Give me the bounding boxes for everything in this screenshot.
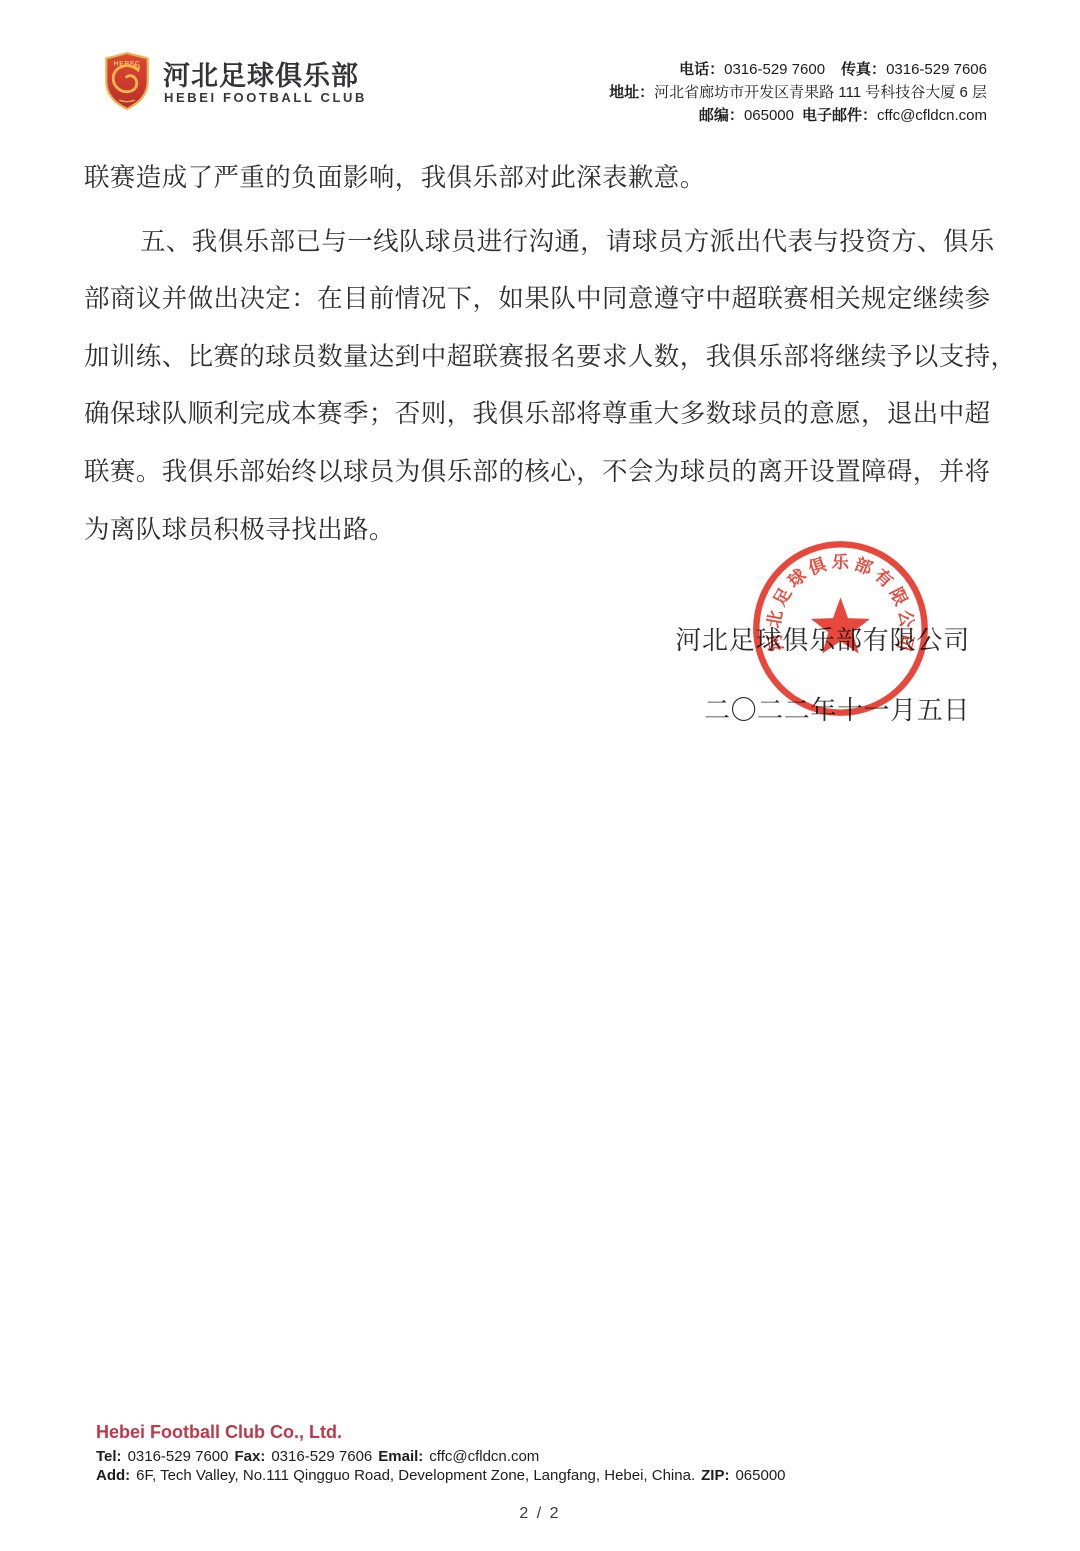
footer-company-name: Hebei Football Club Co., Ltd.	[96, 1422, 786, 1443]
letter-body: 联赛造成了严重的负面影响，我俱乐部对此深表歉意。 五、我俱乐部已与一线队球员进行…	[84, 150, 1000, 559]
contact-address-row: 地址：河北省廊坊市开发区青果路 111 号科技谷大厦 6 层	[609, 81, 987, 104]
footer-zip-value: 065000	[735, 1467, 785, 1484]
footer-email-label: Email:	[378, 1448, 423, 1465]
document-page: HEBFC 河北足球俱乐部 HEBEI FOOTBALL CLUB 电话：031…	[0, 0, 1080, 1551]
email-label: 电子邮件：	[802, 107, 877, 124]
club-name-zh: 河北足球俱乐部	[163, 54, 359, 93]
page-number: 2 / 2	[0, 1505, 1080, 1523]
contact-phone-fax-row: 电话：0316-529 7600传真：0316-529 7606	[609, 58, 987, 81]
body-line: 联赛。我俱乐部始终以球员为俱乐部的核心，不会为球员的离开设置障碍，并将	[84, 444, 1000, 502]
footer-zip-label: ZIP:	[701, 1467, 729, 1484]
fax-label: 传真：	[841, 61, 886, 78]
official-seal-icon: 河北足球俱乐部有限公司	[749, 533, 932, 724]
fax-value: 0316-529 7606	[886, 61, 987, 78]
footer-block: Hebei Football Club Co., Ltd. Tel:0316-5…	[96, 1422, 786, 1485]
seal-star-icon	[811, 597, 870, 653]
footer-add-label: Add:	[96, 1467, 130, 1484]
zip-label: 邮编：	[699, 107, 744, 124]
email-value: cffc@cfldcn.com	[877, 107, 987, 124]
phone-label: 电话：	[679, 61, 724, 78]
body-line: 加训练、比赛的球员数量达到中超联赛报名要求人数，我俱乐部将继续予以支持，	[84, 329, 1000, 387]
footer-fax-label: Fax:	[235, 1448, 266, 1465]
zip-value: 065000	[744, 107, 794, 124]
body-line: 确保球队顺利完成本赛季；否则，我俱乐部将尊重大多数球员的意愿，退出中超	[84, 386, 1000, 444]
body-line: 联赛造成了严重的负面影响，我俱乐部对此深表歉意。	[84, 150, 1000, 208]
club-crest-icon: HEBFC	[100, 49, 154, 113]
footer-tel-fax-email-row: Tel:0316-529 7600Fax:0316-529 7606Email:…	[96, 1447, 786, 1466]
address-value: 河北省廊坊市开发区青果路 111 号科技谷大厦 6 层	[654, 84, 987, 101]
contact-zip-email-row: 邮编：065000电子邮件：cffc@cfldcn.com	[609, 104, 987, 127]
footer-email-value: cffc@cfldcn.com	[429, 1448, 539, 1465]
body-line: 五、我俱乐部已与一线队球员进行沟通，请球员方派出代表与投资方、俱乐	[84, 214, 1000, 272]
body-line: 部商议并做出决定：在目前情况下，如果队中同意遵守中超联赛相关规定继续参	[84, 271, 1000, 329]
footer-address-row: Add:6F, Tech Valley, No.111 Qingguo Road…	[96, 1466, 786, 1485]
address-label: 地址：	[609, 84, 654, 101]
footer-tel-value: 0316-529 7600	[128, 1448, 229, 1465]
footer-fax-value: 0316-529 7606	[271, 1448, 372, 1465]
club-name-en: HEBEI FOOTBALL CLUB	[164, 90, 367, 105]
phone-value: 0316-529 7600	[724, 61, 825, 78]
footer-tel-label: Tel:	[96, 1448, 122, 1465]
header-contact-block: 电话：0316-529 7600传真：0316-529 7606 地址：河北省廊…	[609, 58, 987, 127]
footer-add-value: 6F, Tech Valley, No.111 Qingguo Road, De…	[136, 1467, 695, 1484]
